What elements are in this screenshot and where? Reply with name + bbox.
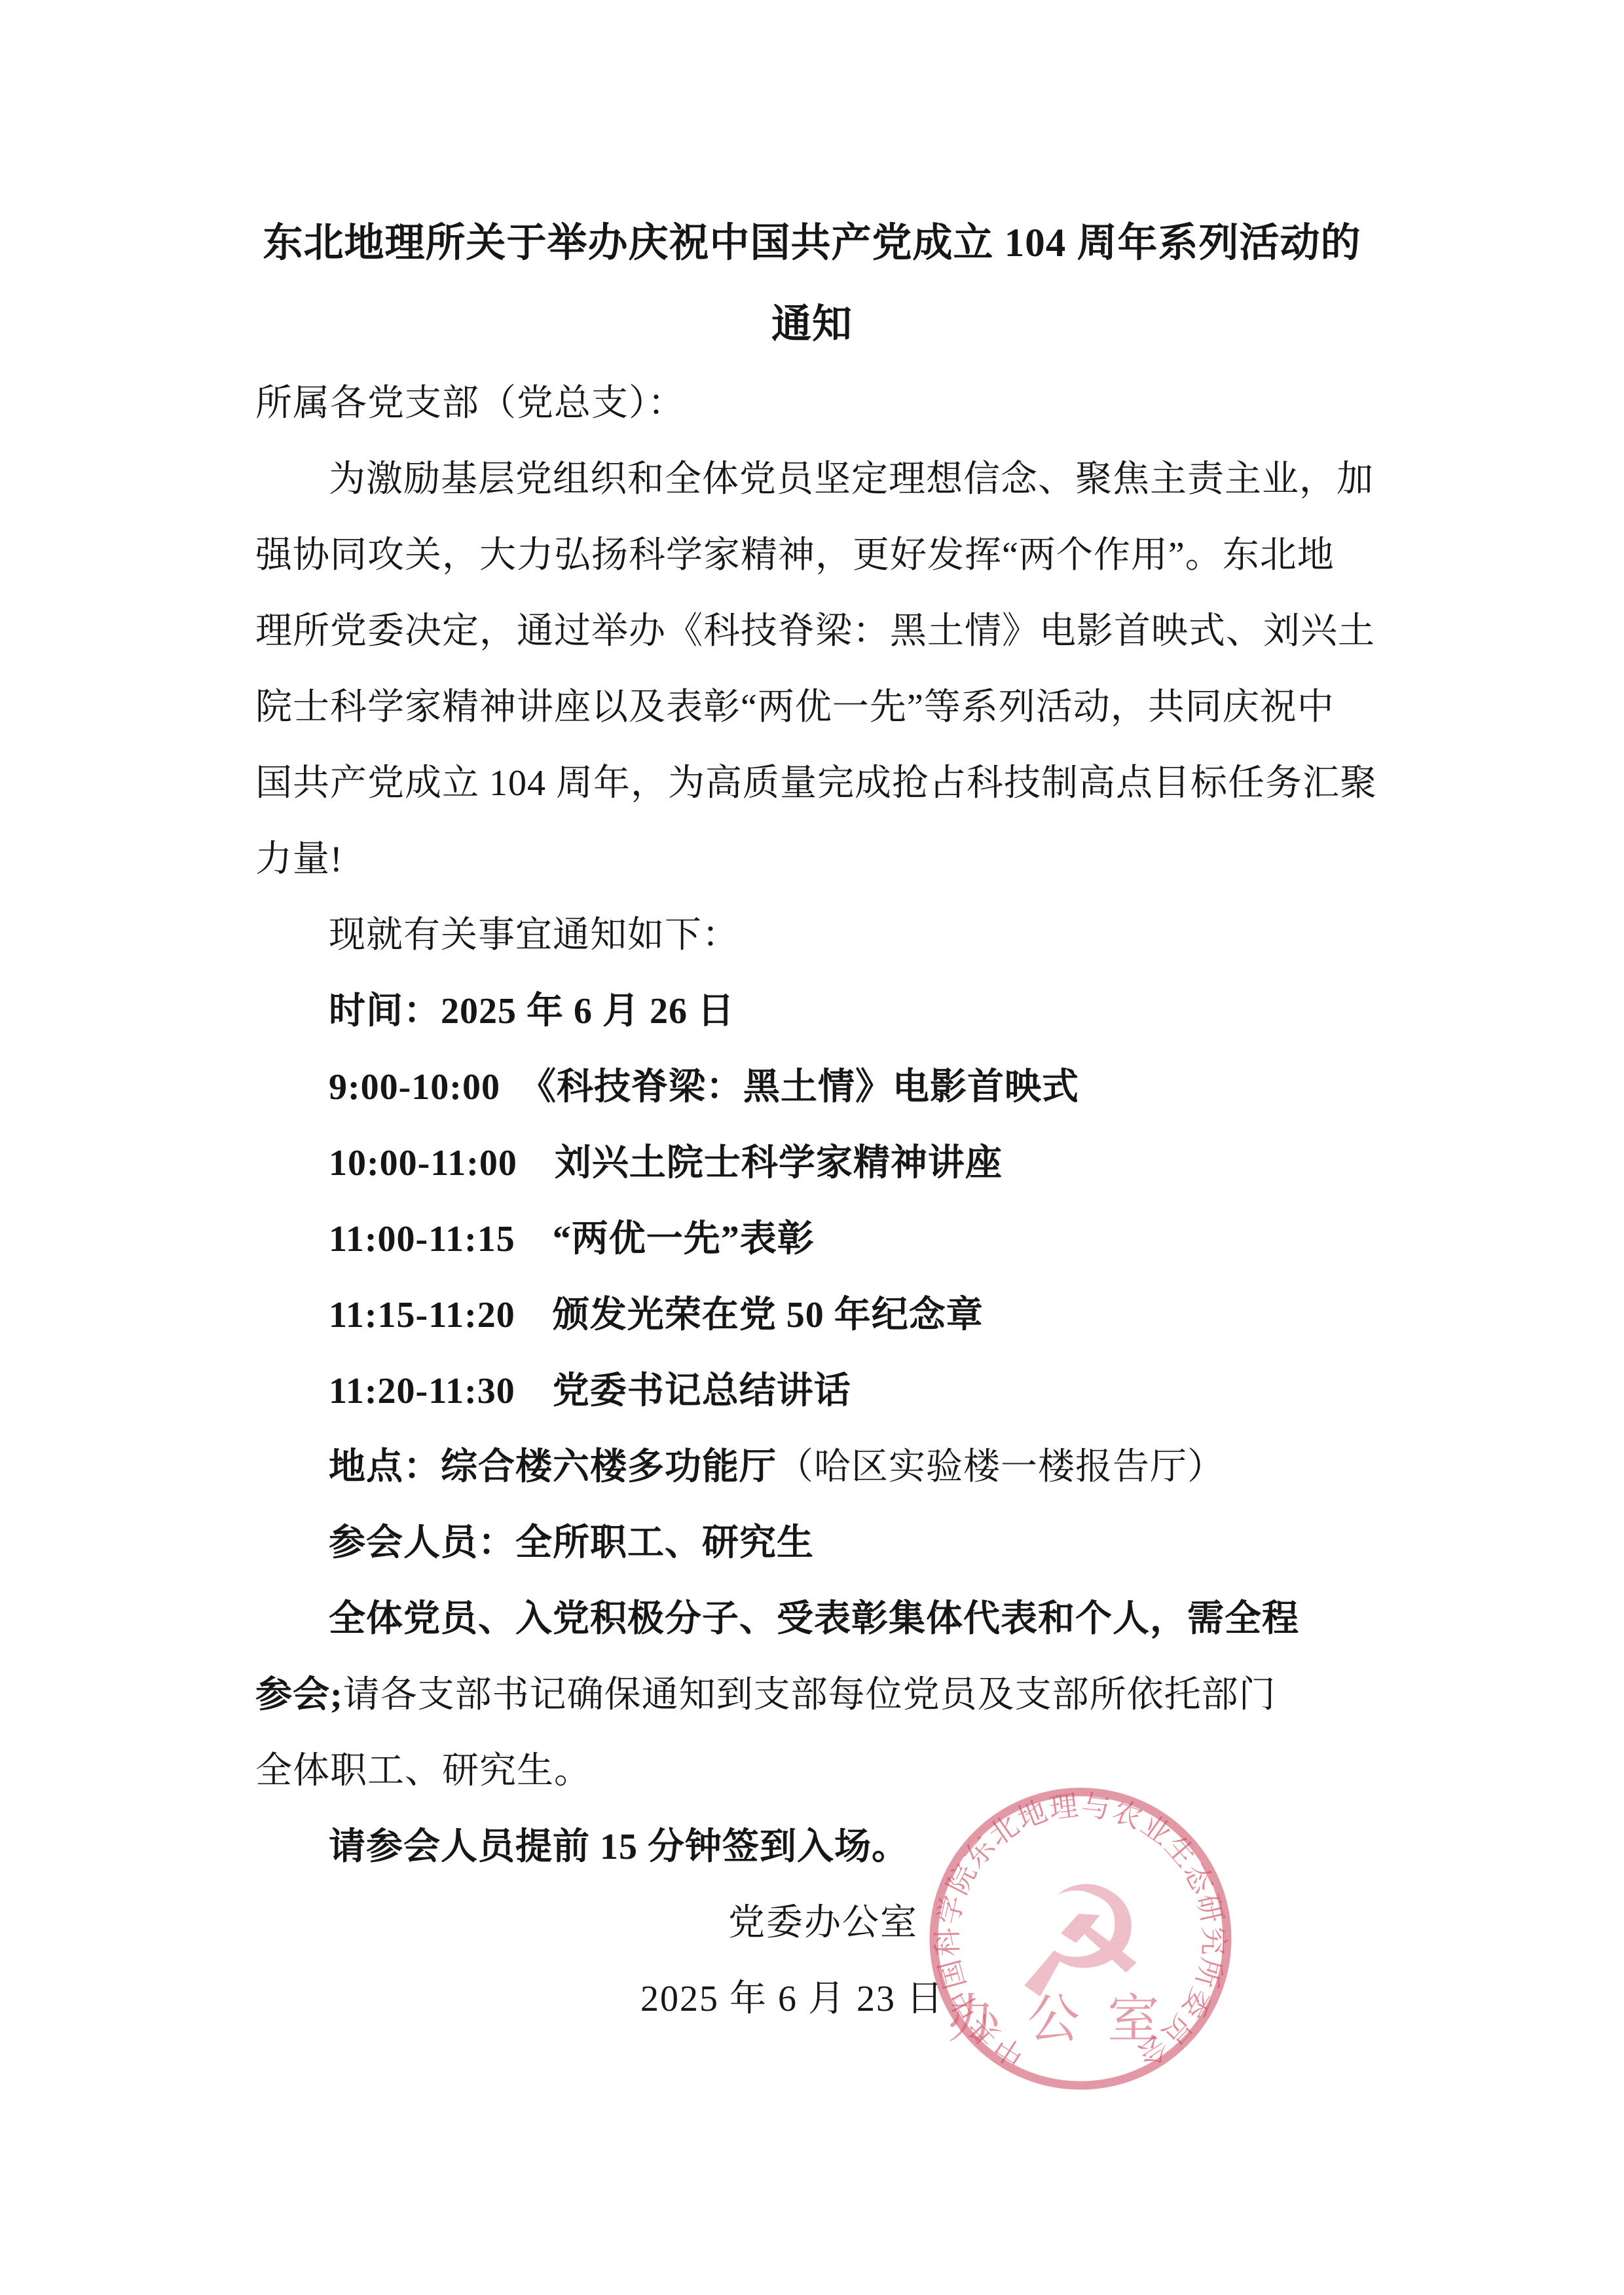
salutation-line: 所属各党支部（党总支）： (255, 365, 1369, 441)
attendees-line: 参会人员：全所职工、研究生 (255, 1505, 1369, 1581)
page-title: 东北地理所关于举办庆祝中国共产党成立 104 周年系列活动的 通知 (255, 203, 1369, 365)
body-line: 理所党委决定，通过举办《科技脊梁：黑土情》电影首映式、刘兴土 (255, 593, 1369, 669)
schedule-item: 11:20-11:30 党委书记总结讲话 (255, 1353, 1369, 1429)
body-line: 国共产党成立 104 周年，为高质量完成抢占科技制高点目标任务汇聚 (255, 745, 1369, 821)
schedule-item: 10:00-11:00 刘兴土院士科学家精神讲座 (255, 1125, 1369, 1201)
body-line: 力量! (255, 821, 1369, 897)
body-line: 现就有关事宜通知如下： (255, 897, 1369, 973)
schedule-item: 9:00-10:00 《科技脊梁：黑土情》电影首映式 (255, 1049, 1369, 1125)
body-line: 为激励基层党组织和全体党员坚定理想信念、聚焦主责主业，加 (255, 441, 1369, 517)
body-line: 强协同攻关，大力弘扬科学家精神，更好发挥“两个作用”。东北地 (255, 517, 1369, 593)
official-seal: 中共中国科学院东北地理与农业生态研究所委员会 ☭ 办公室 (904, 1762, 1257, 2116)
body-line: 参会;请各支部书记确保通知到支部每位党员及支部所依托部门 (255, 1657, 1369, 1733)
location-line: 地点：综合楼六楼多功能厅（哈区实验楼一楼报告厅） (255, 1429, 1369, 1505)
title-line-2: 通知 (255, 284, 1369, 365)
title-line-1: 东北地理所关于举办庆祝中国共产党成立 104 周年系列活动的 (255, 203, 1369, 284)
document-page: 东北地理所关于举办庆祝中国共产党成立 104 周年系列活动的 通知 所属各党支部… (0, 0, 1624, 2295)
schedule-time-line: 时间：2025 年 6 月 26 日 (255, 973, 1369, 1049)
body-line: 全体党员、入党积极分子、受表彰集体代表和个人，需全程 (255, 1581, 1369, 1657)
seal-bottom-text: 办公室 (948, 1991, 1187, 2049)
document-body: 东北地理所关于举办庆祝中国共产党成立 104 周年系列活动的 通知 所属各党支部… (0, 0, 1624, 2037)
schedule-item: 11:00-11:15 “两优一先”表彰 (255, 1201, 1369, 1277)
schedule-item: 11:15-11:20 颁发光荣在党 50 年纪念章 (255, 1277, 1369, 1353)
notice-content: 所属各党支部（党总支）： 为激励基层党组织和全体党员坚定理想信念、聚焦主责主业，… (255, 365, 1369, 1885)
body-line: 院士科学家精神讲座以及表彰“两优一先”等系列活动，共同庆祝中 (255, 669, 1369, 745)
